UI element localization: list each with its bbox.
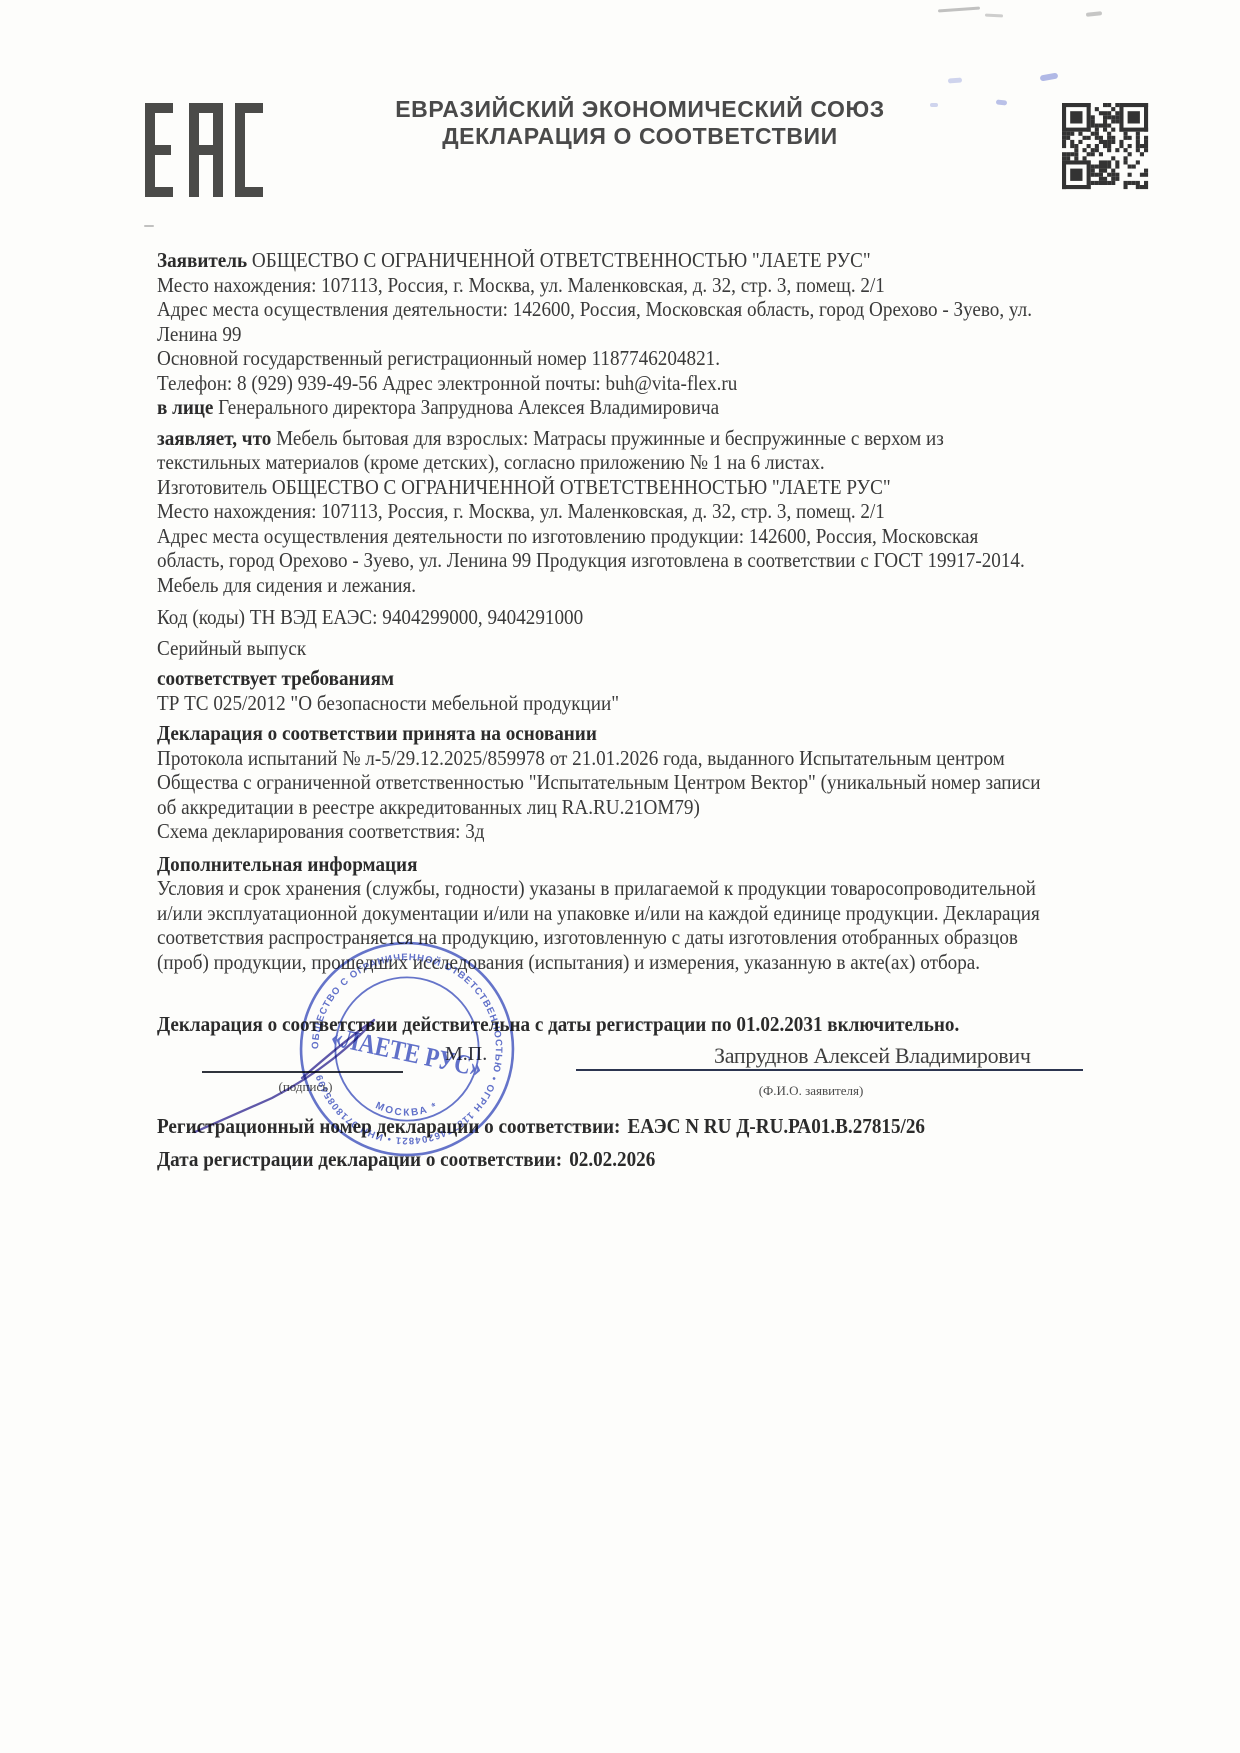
body-line: и/или эксплуатационной документации и/ил… [157,901,1136,926]
scan-artifact [144,225,154,227]
body-line: Серийный выпуск [157,636,1136,661]
qr-code [1062,101,1150,191]
declaration-document: ЕВРАЗИЙСКИЙ ЭКОНОМИЧЕСКИЙ СОЮЗ ДЕКЛАРАЦИ… [0,0,1240,1753]
body-line: Ленина 99 [157,322,1136,347]
body-line: область, город Орехово - Зуево, ул. Лени… [157,548,1136,573]
body-line: Схема декларирования соответствия: 3д [157,819,1136,844]
scan-artifact [1040,72,1059,81]
body-line: Адрес места осуществления деятельности п… [157,524,1136,549]
name-caption: (Ф.И.О. заявителя) [726,1083,896,1099]
body-line: Протокола испытаний № л-5/29.12.2025/859… [157,746,1136,771]
body-line: заявляет, что Мебель бытовая для взрослы… [157,426,1136,451]
registration-date-value: 02.02.2026 [569,1147,655,1171]
body-line: Изготовитель ОБЩЕСТВО С ОГРАНИЧЕННОЙ ОТВ… [157,475,1136,500]
body-line: Заявитель ОБЩЕСТВО С ОГРАНИЧЕННОЙ ОТВЕТС… [157,248,1136,273]
body-line: Место нахождения: 107113, Россия, г. Мос… [157,499,1136,524]
body-line: соответствует требованиям [157,666,1136,691]
scan-artifact [1086,11,1102,17]
scan-artifact [985,14,1003,18]
signature-stroke [150,980,430,1150]
header-title-line1: ЕВРАЗИЙСКИЙ ЭКОНОМИЧЕСКИЙ СОЮЗ [330,96,950,123]
signer-name-line [576,1069,1083,1071]
scan-artifact [930,103,938,107]
body-line: Основной государственный регистрационный… [157,346,1136,371]
body-lines: Заявитель ОБЩЕСТВО С ОГРАНИЧЕННОЙ ОТВЕТС… [157,248,1136,974]
scan-artifact [938,7,980,13]
body-line: текстильных материалов (кроме детских), … [157,450,1136,475]
scan-artifact [948,78,962,84]
body-line: Место нахождения: 107113, Россия, г. Мос… [157,273,1136,298]
header-title: ЕВРАЗИЙСКИЙ ЭКОНОМИЧЕСКИЙ СОЮЗ ДЕКЛАРАЦИ… [330,96,950,150]
body-line: Адрес места осуществления деятельности: … [157,297,1136,322]
body-line: Код (коды) ТН ВЭД ЕАЭС: 9404299000, 9404… [157,605,1136,630]
scan-artifact [996,99,1007,105]
body-line: ТР ТС 025/2012 "О безопасности мебельной… [157,691,1136,716]
body-line: Мебель для сидения и лежания. [157,573,1136,598]
signer-name: Запруднов Алексей Владимирович [714,1043,1031,1069]
eac-logo [145,103,263,197]
body-line: Декларация о соответствии принята на осн… [157,721,1136,746]
body-line: об аккредитации в реестре аккредитованны… [157,795,1136,820]
registration-number-value: ЕАЭС N RU Д-RU.РА01.В.27815/26 [628,1114,925,1138]
header-title-line2: ДЕКЛАРАЦИЯ О СООТВЕТСТВИИ [330,123,950,150]
body-line: Условия и срок хранения (службы, годност… [157,876,1136,901]
body-line: Дополнительная информация [157,852,1136,877]
body-line: Общества с ограниченной ответственностью… [157,770,1136,795]
body-line: Телефон: 8 (929) 939-49-56 Адрес электро… [157,371,1136,396]
body-line: в лице Генерального директора Запруднова… [157,395,1136,420]
